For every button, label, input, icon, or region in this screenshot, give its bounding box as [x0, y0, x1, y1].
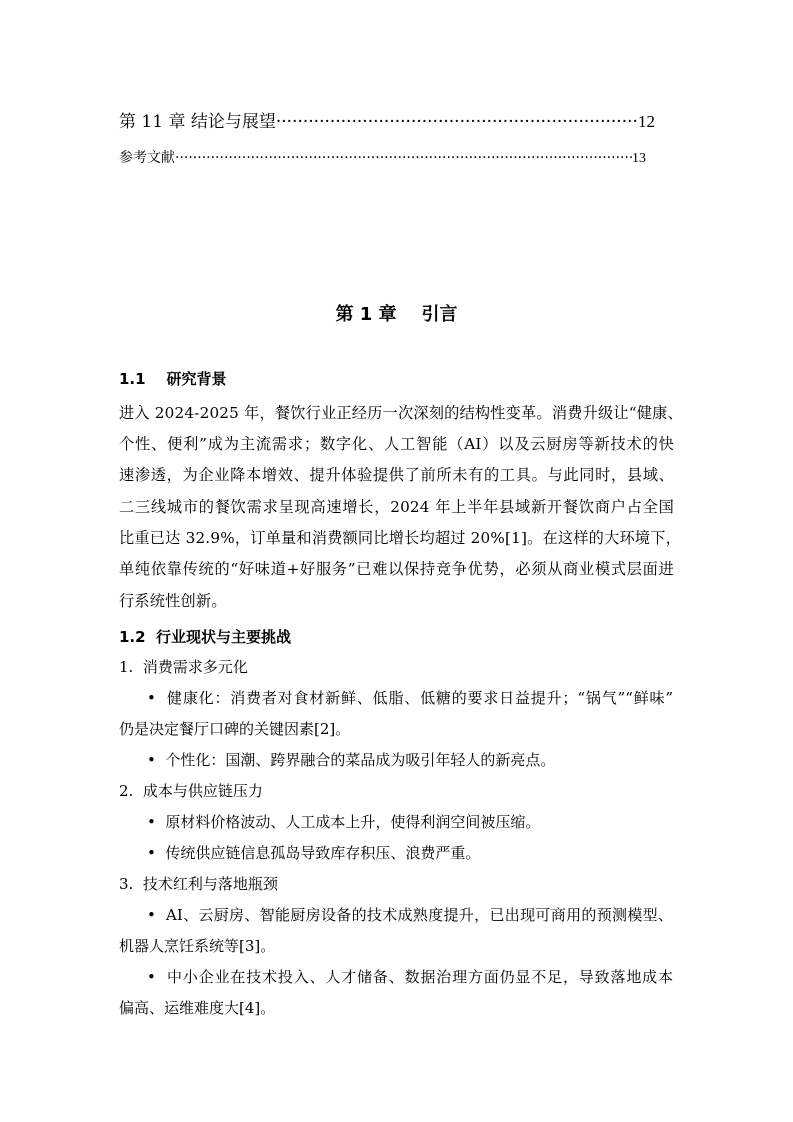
paragraph-line: 单纯依靠传统的“好味道+好服务”已难以保持竞争优势，必须从商业模式层面进 [119, 558, 674, 579]
paragraph-line: 比重已达 32.9%，订单量和消费额同比增长均超过 20%[1]。在这样的大环境… [119, 527, 674, 548]
toc-leader-dots: ········································… [175, 150, 632, 166]
list-bullet-continuation: 机器人烹饪系统等[3]。 [119, 935, 275, 956]
paragraph-line: 速渗透，为企业降本增效、提升体验提供了前所未有的工具。与此同时，县域、 [119, 464, 674, 485]
toc-page-number: 12 [638, 112, 655, 132]
list-bullet: • 健康化：消费者对食材新鲜、低脂、低糖的要求日益提升；“锅气”“鲜味” [147, 687, 673, 708]
list-bullet: • 原材料价格波动、人工成本上升，使得利润空间被压缩。 [147, 811, 540, 832]
section-title-1-1: 1.1 研究背景 [119, 368, 226, 389]
paragraph-line: 行系统性创新。 [119, 590, 227, 611]
paragraph-line: 二三线城市的餐饮需求呈现高速增长，2024 年上半年县域新开餐饮商户占全国 [119, 496, 674, 517]
toc-label: 参考文献 [119, 147, 175, 167]
toc-entry-references[interactable]: 参考文献 ···································… [119, 147, 646, 167]
list-bullet: • 中小企业在技术投入、人才储备、数据治理方面仍显不足，导致落地成本 [147, 966, 673, 987]
toc-label: 第 11 章 结论与展望 [119, 107, 276, 132]
list-bullet-continuation: 仍是决定餐厅口碑的关键因素[2]。 [119, 718, 350, 739]
list-heading: 3. 技术红利与落地瓶颈 [119, 873, 278, 894]
list-bullet: • AI、云厨房、智能厨房设备的技术成熟度提升，已出现可商用的预测模型、 [147, 904, 673, 925]
list-bullet: • 传统供应链信息孤岛导致库存积压、浪费严重。 [147, 842, 480, 863]
section-title-1-2: 1.2 行业现状与主要挑战 [119, 626, 291, 647]
toc-leader-dots: ········································… [276, 112, 638, 132]
list-bullet: • 个性化：国潮、跨界融合的菜品成为吸引年轻人的新亮点。 [147, 749, 555, 770]
paragraph-line: 个性、便利”成为主流需求；数字化、人工智能（AI）以及云厨房等新技术的快 [119, 433, 674, 454]
list-heading: 2. 成本与供应链压力 [119, 780, 263, 801]
toc-page-number: 13 [632, 151, 646, 167]
chapter-title: 第 1 章 引言 [0, 300, 793, 326]
list-bullet-continuation: 偏高、运维难度大[4]。 [119, 997, 275, 1018]
paragraph-line: 进入 2024-2025 年，餐饮行业正经历一次深刻的结构性变革。消费升级让“健… [119, 402, 674, 423]
toc-entry-chapter-11[interactable]: 第 11 章 结论与展望 ···························… [119, 107, 655, 132]
list-heading: 1. 消费需求多元化 [119, 656, 248, 677]
